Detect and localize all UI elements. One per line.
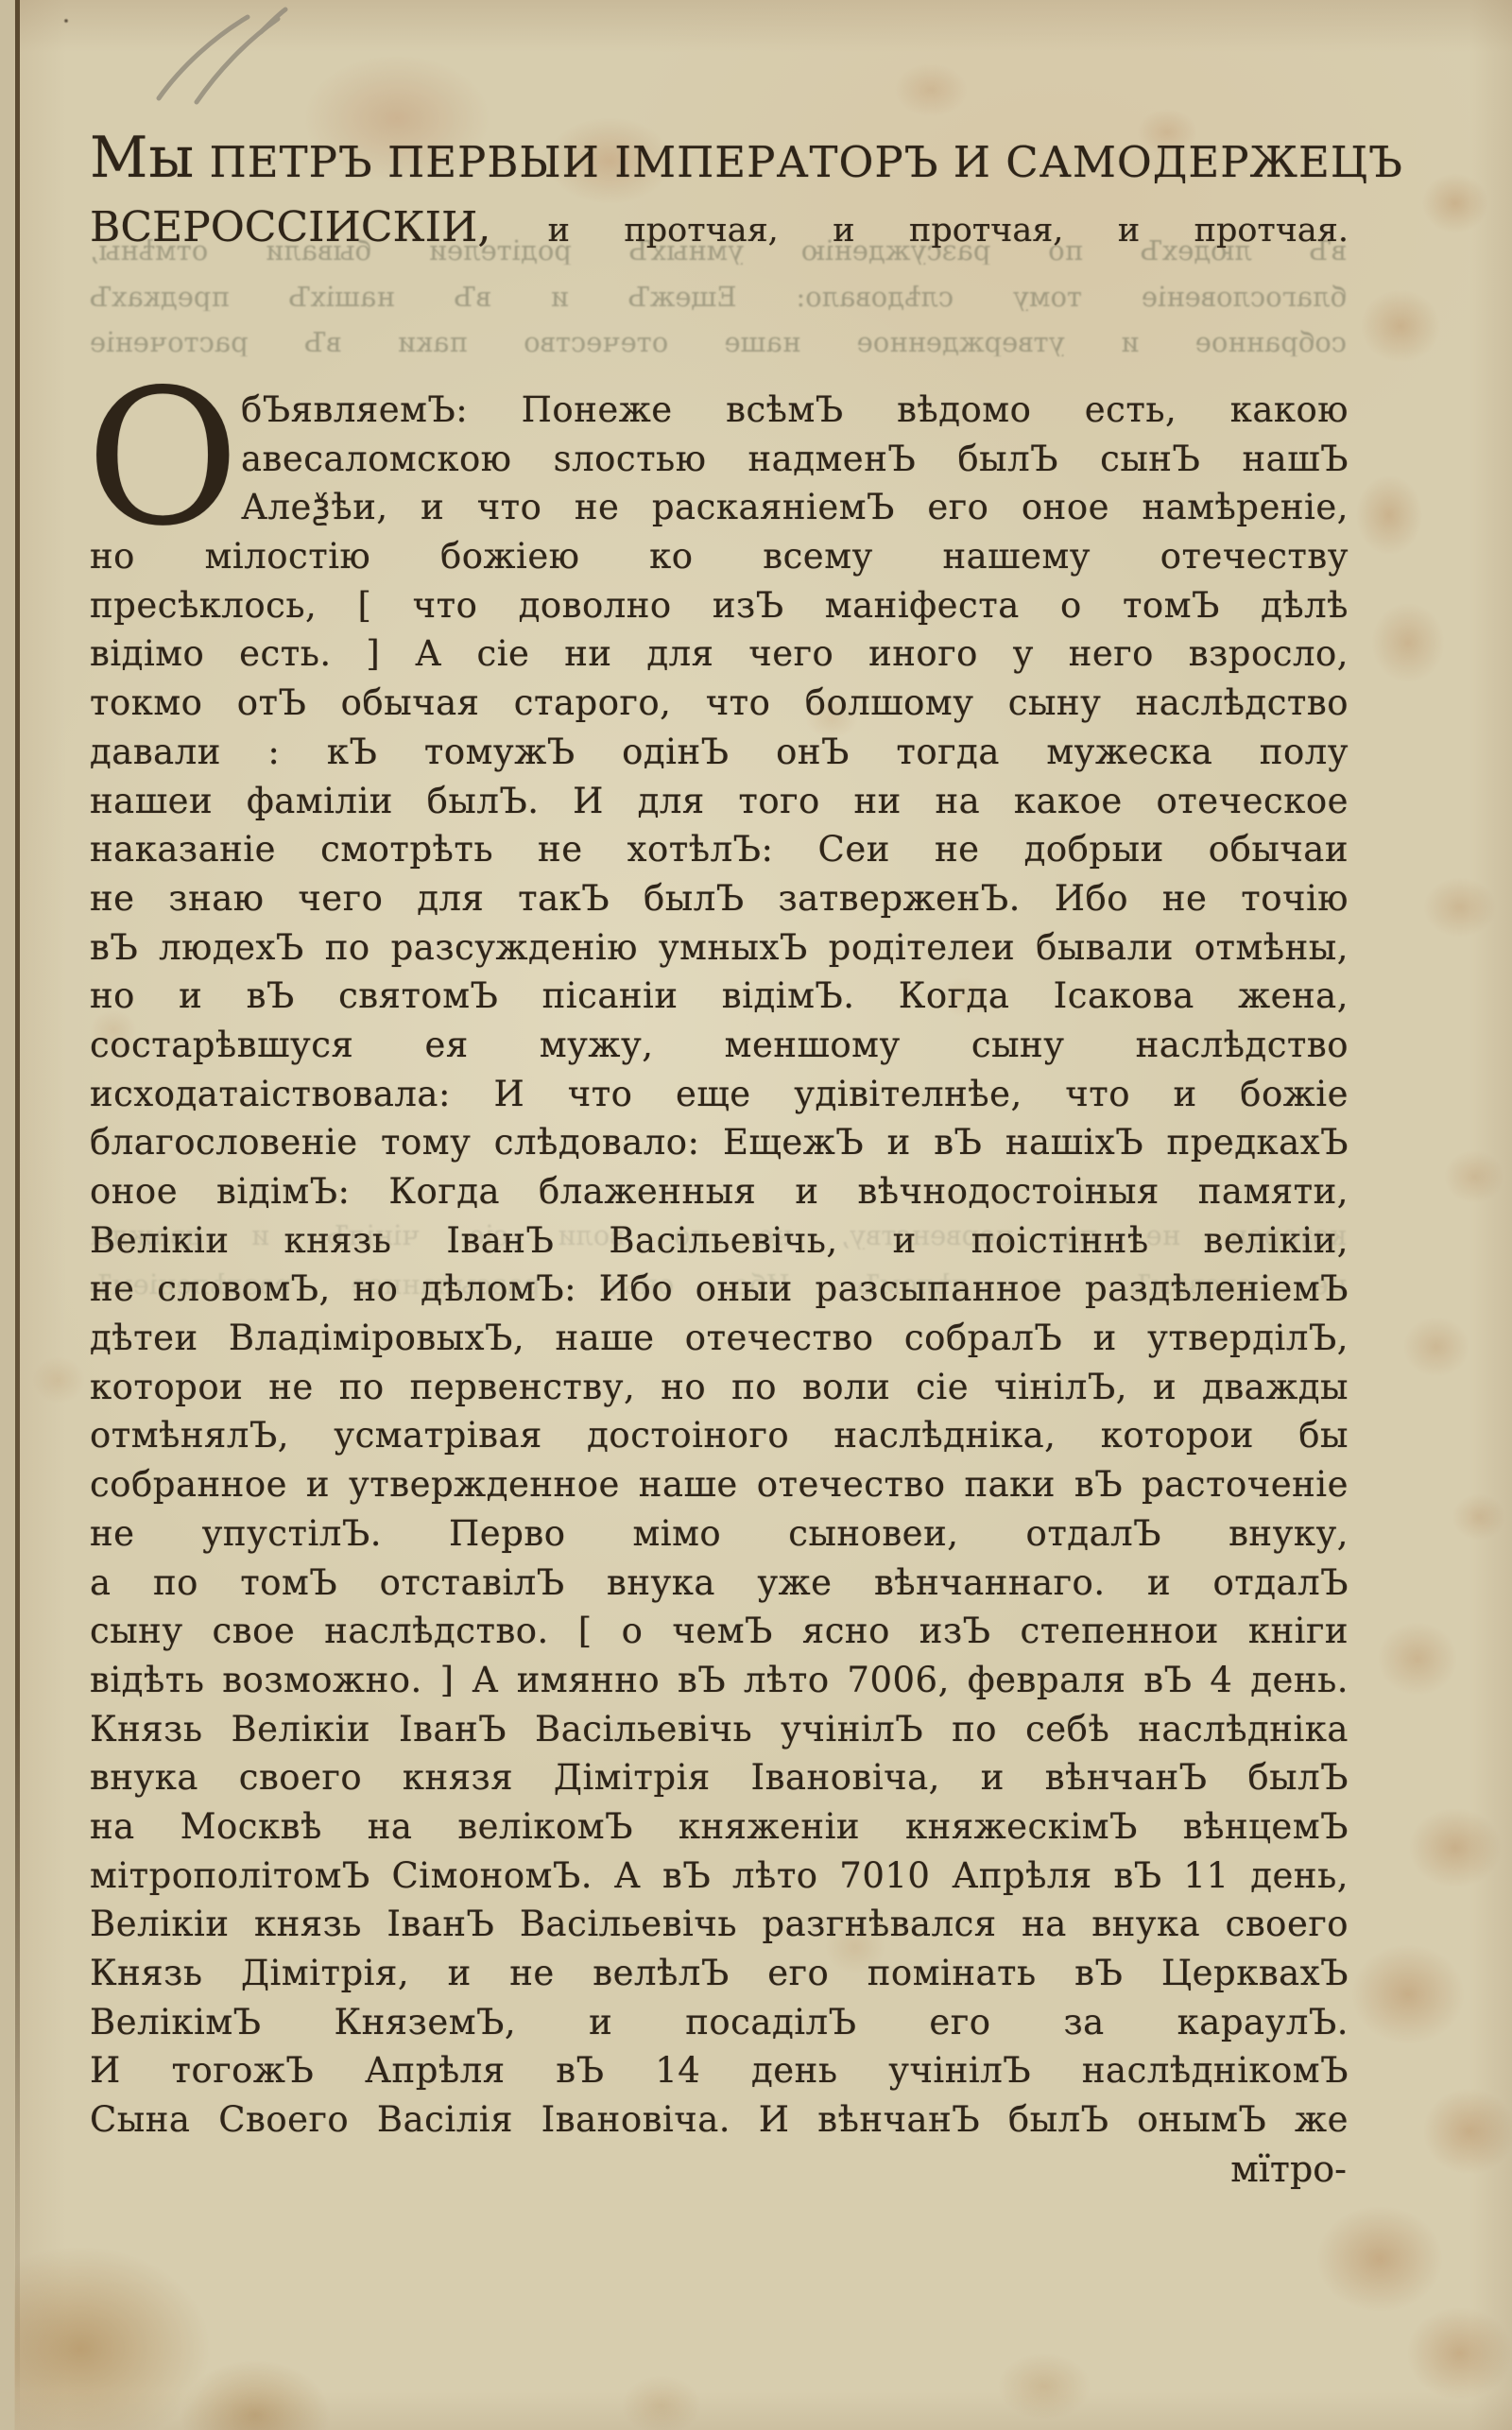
header-line-2: ВСЕРОССІИСКІИ, и протчая, и протчая, и п… [90, 199, 1349, 259]
text-line: наказаніе смотрѣть не хотѣлЪ: Сеи не доб… [90, 825, 1349, 874]
text-line: нашеи фамiліи былЪ. И для того ни на как… [90, 777, 1349, 826]
text-line: токмо отЪ обычая старого, что болшому сы… [90, 679, 1349, 728]
text-line: внука своего князя Дімітрія Івановіча, и… [90, 1753, 1349, 1802]
header-line-1: Мы ПЕТРЪ ПЕРВЫИ ІМПЕРАТОРЪ И САМОДЕРЖЕЦЪ [90, 121, 1349, 199]
text-line: отмѣнялЪ, усматрівая достоіного наслѣдні… [90, 1411, 1349, 1460]
text-line: Алеѯѣи, и что не раскаяніемЪ его оное на… [241, 483, 1349, 532]
header-title-continued: ВСЕРОССІИСКІИ, [90, 203, 490, 251]
text-line: не знаю чего для такЪ былЪ затверженЪ. И… [90, 874, 1349, 923]
text-line: благословеніе тому слѣдовало: ЕщежЪ и вЪ… [90, 1118, 1349, 1167]
scanned-document-page: вЪ людехЪ по разсужденію умныхЪ родітеле… [0, 0, 1512, 2430]
text-line: Князь Дімітрія, и не велѣлЪ его помінать… [90, 1949, 1349, 1998]
dropcap-initial: О [86, 384, 239, 533]
text-line: но мілостію божіею ко всему нашему отече… [90, 532, 1349, 581]
bleedthrough-line: собранное и утвержденное наше отечество … [90, 328, 1347, 356]
text-line: а по томЪ отставілЪ внука уже вѣнчаннаго… [90, 1559, 1349, 1608]
text-line: И тогожЪ Апрѣля вЪ 14 день учінілЪ наслѣ… [90, 2046, 1349, 2095]
text-line: оное відімЪ: Когда блаженныя и вѣчнодост… [90, 1167, 1349, 1216]
text-line: сыну свое наслѣдство. [ о чемЪ ясно изЪ … [90, 1607, 1349, 1656]
text-line: мітрополітомЪ СімономЪ. А вЪ лѣто 7010 А… [90, 1852, 1349, 1901]
text-line: відѣть возможно. ] А имянно вЪ лѣто 7006… [90, 1656, 1349, 1705]
text-line: исходатаіствовала: И что еще удівітелнѣе… [90, 1070, 1349, 1119]
text-line: дѣтеи ВладіміровыхЪ, наше отечество собр… [90, 1314, 1349, 1363]
page-edge [0, 0, 32, 2430]
text-line: не упустілЪ. Перво мімо сыновеи, отдалЪ … [90, 1509, 1349, 1559]
bleedthrough-line: благословеніе тому слѣдовало: ЕщежЪ и вЪ… [90, 283, 1347, 311]
text-line: відімо есть. ] А сіе ни для чего иного у… [90, 629, 1349, 679]
document-header: Мы ПЕТРЪ ПЕРВЫИ ІМПЕРАТОРЪ И САМОДЕРЖЕЦЪ… [90, 121, 1349, 259]
catchword: мїтро- [90, 2145, 1349, 2194]
text-line: собранное и утвержденное наше отечество … [90, 1460, 1349, 1509]
text-line: Велікіи князь ІванЪ Васільевічь разгнѣва… [90, 1900, 1349, 1949]
header-etcetera: и протчая, и протчая, и протчая. [548, 212, 1349, 250]
text-line: пресѣклось, [ что доволно изЪ маніфеста … [90, 581, 1349, 630]
text-line: не словомЪ, но дѣломЪ: Ибо оныи разсыпан… [90, 1265, 1349, 1314]
text-line: бЪявляемЪ: Понеже всѣмЪ вѣдомо есть, как… [241, 386, 1349, 435]
text-line: Велікіи князь ІванЪ Васільевічь, и поіст… [90, 1216, 1349, 1266]
text-line: Сына Своего Васілія Івановіча. И вѣнчанЪ… [90, 2095, 1349, 2145]
text-line: состарѣвшуся ея мужу, меншому сыну наслѣ… [90, 1021, 1349, 1070]
header-royal-we: Мы [90, 125, 195, 191]
text-line: Князь Велікіи ІванЪ Васільевічь учінілЪ … [90, 1705, 1349, 1754]
body-lines: бЪявляемЪ: Понеже всѣмЪ вѣдомо есть, как… [90, 386, 1349, 2145]
text-line: на Москвѣ на велікомЪ княженіи княжескім… [90, 1802, 1349, 1852]
document-body: О бЪявляемЪ: Понеже всѣмЪ вѣдомо есть, к… [90, 386, 1349, 2194]
text-line: авесаломскою ѕлостью надменЪ былЪ сынЪ н… [241, 435, 1349, 484]
header-imperial-title: ПЕТРЪ ПЕРВЫИ ІМПЕРАТОРЪ И САМОДЕРЖЕЦЪ [210, 137, 1403, 187]
text-line: ВелікімЪ КняземЪ, и посаділЪ его за кара… [90, 1998, 1349, 2047]
text-line: но и вЪ святомЪ пісаніи відімЪ. Когда Іс… [90, 972, 1349, 1021]
text-line: которои не по первенству, но по воли сіе… [90, 1363, 1349, 1412]
text-line: вЪ людехЪ по разсужденію умныхЪ родітеле… [90, 923, 1349, 973]
text-line: давали : кЪ томужЪ одінЪ онЪ тогда мужес… [90, 728, 1349, 777]
